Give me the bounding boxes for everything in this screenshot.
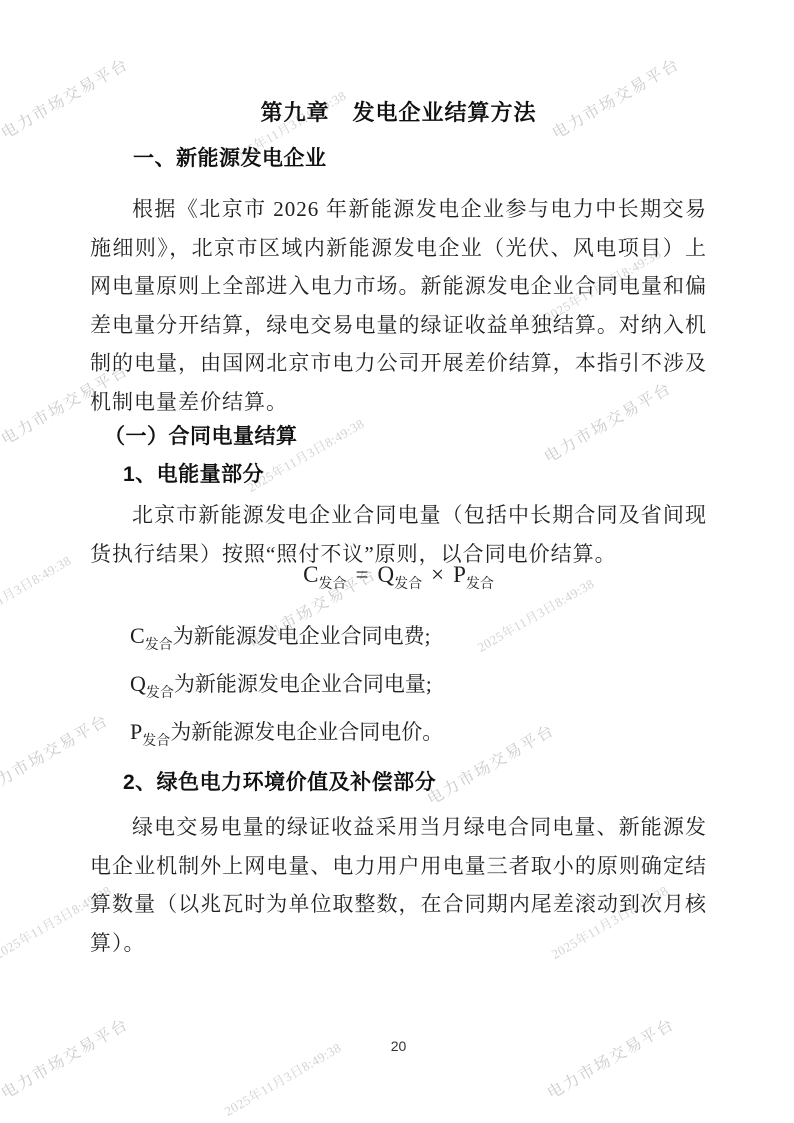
document-content: 第九章 发电企业结算方法 一、新能源发电企业 根据《北京市 2026 年新能源发… <box>0 0 794 1123</box>
text-line: 电企业机制外上网电量、电力用户用电量三者取小的原则确定结 <box>90 847 707 886</box>
definition-p: P发合为新能源发电企业合同电价。 <box>90 708 707 756</box>
formula-var-q: Q发合 <box>377 562 422 587</box>
subsection-heading-contract-settlement: （一）合同电量结算 <box>90 420 721 450</box>
subsection-heading-energy-part: 1、电能量部分 <box>90 458 740 488</box>
text-line: 网电量原则上全部进入电力市场。新能源发电企业合同电量和偏 <box>90 267 707 306</box>
paragraph-intro: 根据《北京市 2026 年新能源发电企业参与电力中长期交易实 施细则》，北京市区… <box>90 190 707 421</box>
chapter-title: 第九章 发电企业结算方法 <box>90 96 707 127</box>
text-line: 根据《北京市 2026 年新能源发电企业参与电力中长期交易实 <box>90 190 707 229</box>
page-number: 20 <box>90 1038 707 1054</box>
settlement-formula: C发合=Q发合×P发合 <box>90 562 707 588</box>
text-line: 绿电交易电量的绿证收益采用当月绿电合同电量、新能源发 <box>90 808 707 847</box>
definition-c: C发合为新能源发电企业合同电费; <box>90 612 707 660</box>
text-line: 机制电量差价结算。 <box>90 383 707 422</box>
equals-sign: = <box>346 562 377 587</box>
text-line: 制的电量，由国网北京市电力公司开展差价结算，本指引不涉及 <box>90 344 707 383</box>
text-line: 算）。 <box>90 924 707 963</box>
definition-q: Q发合为新能源发电企业合同电量; <box>90 660 707 708</box>
text-line: 北京市新能源发电企业合同电量（包括中长期合同及省间现 <box>90 496 707 535</box>
text-line: 差电量分开结算，绿电交易电量的绿证收益单独结算。对纳入机 <box>90 306 707 345</box>
subsection-heading-green-power: 2、绿色电力环境价值及补偿部分 <box>90 766 740 796</box>
section-heading-new-energy: 一、新能源发电企业 <box>90 142 750 172</box>
multiply-sign: × <box>422 562 453 587</box>
formula-definitions: C发合为新能源发电企业合同电费; Q发合为新能源发电企业合同电量; P发合为新能… <box>90 612 707 756</box>
formula-var-p: P发合 <box>453 562 494 587</box>
text-line: 施细则》，北京市区域内新能源发电企业（光伏、风电项目）上 <box>90 229 707 268</box>
formula-var-c: C发合 <box>303 562 346 587</box>
paragraph-green-certificate: 绿电交易电量的绿证收益采用当月绿电合同电量、新能源发 电企业机制外上网电量、电力… <box>90 808 707 962</box>
text-line: 算数量（以兆瓦时为单位取整数，在合同期内尾差滚动到次月核 <box>90 885 707 924</box>
document-page: 电力市场交易平台 电力市场交易平台 电力市场交易平台 电力市场交易平台 电力市场… <box>0 0 794 1123</box>
